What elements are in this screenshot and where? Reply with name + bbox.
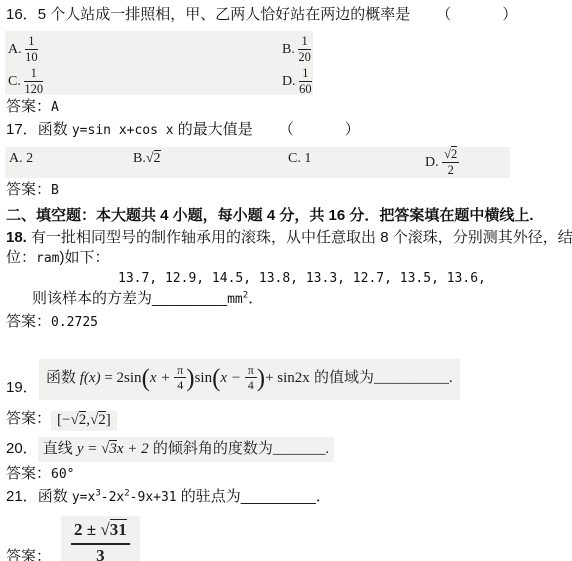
question-19-formula-image: 函数 f(x) = 2sin(x + π4)sin(x − π4)+ sin2x… xyxy=(39,359,460,400)
radicand: 2 xyxy=(98,411,106,428)
formula-y-eq: y = xyxy=(77,441,101,457)
question-19: 19． 函数 f(x) = 2sin(x + π4)sin(x − π4)+ s… xyxy=(6,359,566,400)
options-row-cd: C. 1120 D. 160 xyxy=(5,63,313,95)
answer-20-value: 60° xyxy=(51,467,74,482)
question-20: 20．直线 y = √3x + 2 的倾斜角的度数为_______. xyxy=(6,437,566,462)
question-20-suffix: 的倾斜角的度数为 xyxy=(149,440,273,457)
radical-sign: √ xyxy=(146,151,154,166)
answer-16-value: A xyxy=(51,100,59,115)
exam-page: 16．5 个人站成一排照相，甲、乙两人恰好站在两边的概率是（ ） A. 110 … xyxy=(0,0,572,561)
option-c-value: 1 xyxy=(304,151,311,166)
option-a-fraction: 110 xyxy=(25,35,38,65)
pi-over-4-fraction: π4 xyxy=(174,364,186,391)
pi-over-4-fraction: π4 xyxy=(245,364,257,391)
question-18-line1: 18. 有一批相同型号的制作轴承用的滚珠，从中任意取出 8 个滚珠，分别测其外径… xyxy=(6,228,566,248)
option-a-label: A. xyxy=(9,151,23,166)
bracket-close: ] xyxy=(106,412,111,428)
answer-20-label: 答案： xyxy=(6,465,51,482)
option-b-label: B. xyxy=(282,42,295,57)
question-16-text: 5 个人站成一排照相，甲、乙两人恰好站在两边的概率是 xyxy=(38,6,411,23)
fill-in-blank: _________ xyxy=(152,290,227,307)
question-18-blank-line: 则该样本的方差为_________mm2． xyxy=(6,289,566,310)
fraction-denominator: 3 xyxy=(71,545,130,561)
question-17-suffix: 的最大值是 xyxy=(174,121,253,138)
radicand: 31 xyxy=(110,519,127,539)
radical-sign: √ xyxy=(444,147,451,161)
open-paren: ( xyxy=(142,365,150,392)
answer-19-label: 答案： xyxy=(6,410,51,427)
option-d: D. 160 xyxy=(282,67,312,97)
option-c-label: C. xyxy=(8,74,21,89)
option-c: C. 1 xyxy=(288,151,311,167)
answer-21-label: 答案： xyxy=(6,547,51,561)
option-a-value: 2 xyxy=(26,151,33,166)
fraction-denominator: 120 xyxy=(24,82,43,97)
question-18-text-line1: 有一批相同型号的制作轴承用的滚珠，从中任意取出 8 个滚珠，分别测其外径，结果(… xyxy=(31,229,572,246)
question-21-suffix: 的驻点为 xyxy=(177,488,241,505)
formula-fx: f(x) xyxy=(80,370,101,386)
formula-eq: = 2sin xyxy=(101,370,142,386)
question-17-options: A. 2 B.√2 C. 1 D. √22 xyxy=(5,147,510,178)
answer-18-value: 0.2725 xyxy=(51,315,98,330)
option-d: D. √22 xyxy=(425,148,459,178)
fill-in-blank: __________ xyxy=(374,370,449,386)
question-17-answer-brackets: （ ） xyxy=(279,121,367,138)
option-b: B.√2 xyxy=(133,151,161,167)
radical-sign: √ xyxy=(70,412,78,428)
answer-18: 答案：0.2725 xyxy=(6,312,566,333)
question-19-number: 19． xyxy=(6,379,39,400)
answer-17-label: 答案： xyxy=(6,181,51,198)
question-20-number: 20． xyxy=(6,440,38,457)
radical-sign: √ xyxy=(90,412,98,428)
question-16-number: 16． xyxy=(6,6,38,23)
option-a: A. 2 xyxy=(9,151,33,167)
option-a-label: A. xyxy=(8,42,22,57)
question-21-prefix: 函数 xyxy=(38,488,72,505)
period: . xyxy=(449,370,453,386)
answer-20: 答案：60° xyxy=(6,464,566,485)
question-17-title: 17．函数 y=sin x+cos x 的最大值是（ ） xyxy=(6,120,566,141)
answer-21-fraction-image: 2 ± √31 3 xyxy=(61,516,140,561)
option-c: C. 1120 xyxy=(8,67,43,97)
question-18-text-line2-pre: 位： xyxy=(6,249,36,266)
fill-in-blank: _________ xyxy=(241,488,316,505)
fraction-numerator: 2 ± √31 xyxy=(71,520,130,545)
formula-rest: x + 2 xyxy=(117,441,149,457)
option-a: A. 110 xyxy=(8,35,38,65)
option-b-label: B. xyxy=(133,151,146,166)
period: ． xyxy=(248,290,263,307)
unit-mm: mm2 xyxy=(227,292,248,307)
period: . xyxy=(325,441,329,457)
fraction-numerator: π xyxy=(174,364,186,378)
option-d-fraction: 160 xyxy=(299,67,312,97)
question-18-unit-abbrev: ram xyxy=(36,251,59,266)
option-d-label: D. xyxy=(282,74,296,89)
close-paren: ) xyxy=(186,365,194,392)
option-c-fraction: 1120 xyxy=(24,67,43,97)
answer-17: 答案：B xyxy=(6,180,566,201)
question-16-options: A. 110 B. 120 C. 1120 D. 160 xyxy=(5,31,313,95)
radicand: 3 xyxy=(109,440,117,457)
question-21: 21．函数 y=x3-2x2-9x+31 的驻点为_________． xyxy=(6,487,566,508)
fill-in-blank: _______ xyxy=(273,441,326,457)
option-c-label: C. xyxy=(288,151,301,166)
option-b-radicand: 2 xyxy=(154,150,161,166)
period: ． xyxy=(316,488,331,505)
question-19-suffix: 的值域为 xyxy=(310,369,374,386)
option-b: B. 120 xyxy=(282,35,311,65)
fraction-numerator: 1 xyxy=(25,35,38,50)
option-d-fraction: √22 xyxy=(442,148,459,178)
close-paren: ) xyxy=(257,365,265,392)
fraction-denominator: 4 xyxy=(174,378,186,391)
answer-21: 答案： 2 ± √31 3 xyxy=(6,516,566,561)
option-d-label: D. xyxy=(425,155,439,170)
fraction-numerator: 1 xyxy=(298,35,311,50)
answer-16-label: 答案： xyxy=(6,98,51,115)
question-17-number: 17． xyxy=(6,121,38,138)
question-16-answer-brackets: （ ） xyxy=(436,6,524,23)
answer-19-value-image: [−√2,√2] xyxy=(51,411,117,431)
bracket-open: [− xyxy=(57,412,70,428)
formula-tail: + sin2x xyxy=(265,370,310,386)
fraction-numerator: 1 xyxy=(299,67,312,82)
question-18-line2: 位：ram)如下： xyxy=(6,248,566,269)
fraction-numerator: π xyxy=(245,364,257,378)
question-19-prefix: 函数 xyxy=(46,370,80,386)
fraction-denominator: 2 xyxy=(442,163,459,178)
question-20-prefix: 直线 xyxy=(43,440,77,457)
question-21-number: 21． xyxy=(6,488,38,505)
option-b-fraction: 120 xyxy=(298,35,311,65)
formula-x-minus: x − xyxy=(220,370,241,386)
radicand: 2 xyxy=(451,146,457,161)
answer-19: 答案：[−√2,√2] xyxy=(6,407,566,431)
question-18-text-line2-post: )如下： xyxy=(60,249,110,266)
formula-x-plus: x + xyxy=(150,370,171,386)
fraction-denominator: 4 xyxy=(245,378,257,391)
fraction-numerator: √2 xyxy=(442,148,459,163)
radical-sign: √ xyxy=(100,520,109,539)
question-17-prefix: 函数 xyxy=(38,121,72,138)
question-18-data-values: 13.7, 12.9, 14.5, 13.8, 13.3, 12.7, 13.5… xyxy=(6,269,566,289)
question-18-number: 18. xyxy=(6,229,27,246)
question-20-formula-image: 直线 y = √3x + 2 的倾斜角的度数为_______. xyxy=(38,437,334,462)
fraction-numerator: 1 xyxy=(24,67,43,82)
options-row-ab: A. 110 B. 120 xyxy=(5,31,313,63)
question-16-title: 16．5 个人站成一排照相，甲、乙两人恰好站在两边的概率是（ ） xyxy=(6,5,566,25)
formula-sin: sin xyxy=(195,370,213,386)
section-2-header: 二、填空题：本大题共 4 小题，每小题 4 分，共 16 分．把答案填在题中横线… xyxy=(6,206,566,226)
question-21-formula: y=x3-2x2-9x+31 xyxy=(72,490,177,505)
question-17-formula: y=sin x+cos x xyxy=(72,123,174,138)
fraction-denominator: 60 xyxy=(299,82,312,97)
answer-17-value: B xyxy=(51,183,59,198)
question-18-blank-prefix: 则该样本的方差为 xyxy=(32,290,152,307)
answer-16: 答案：A xyxy=(6,97,566,118)
answer-18-label: 答案： xyxy=(6,313,51,330)
